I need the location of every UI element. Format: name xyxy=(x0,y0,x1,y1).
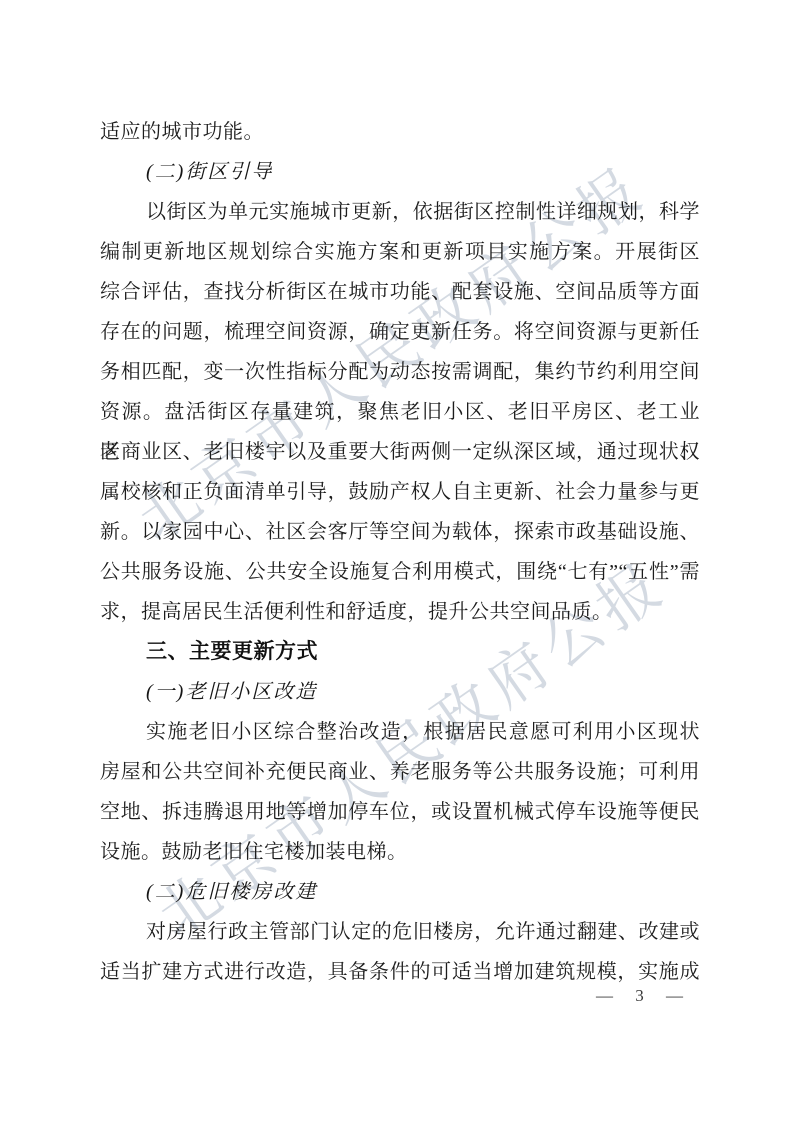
text-line: 务相匹配，变一次性指标分配为动态按需调配，集约节约利用空间 xyxy=(100,352,700,392)
sub-heading: (一)老旧小区改造 xyxy=(100,672,700,712)
text-line: 存在的问题，梳理空间资源，确定更新任务。将空间资源与更新任 xyxy=(100,312,700,352)
document-page: 北京市人民政府公报 北京市人民政府公报 适应的城市功能。 (二)街区引导 以街区… xyxy=(0,0,800,1133)
sub-heading: (二)街区引导 xyxy=(100,152,700,192)
text-line: 公共服务设施、公共安全设施复合利用模式，围绕“七有”“五性”需 xyxy=(100,552,700,592)
text-line: 编制更新地区规划综合实施方案和更新项目实施方案。开展街区 xyxy=(100,232,700,272)
text-block: 适应的城市功能。 (二)街区引导 以街区为单元实施城市更新，依据街区控制性详细规… xyxy=(100,112,700,992)
text-line: 新。以家园中心、社区会客厅等空间为载体，探索市政基础设施、 xyxy=(100,512,700,552)
text-line: 实施老旧小区综合整治改造，根据居民意愿可利用小区现状 xyxy=(100,712,700,752)
text-line: 属校核和正负面清单引导，鼓励产权人自主更新、社会力量参与更 xyxy=(100,472,700,512)
text-line: 求，提高居民生活便利性和舒适度，提升公共空间品质。 xyxy=(100,592,700,632)
text-line: 空地、拆违腾退用地等增加停车位，或设置机械式停车设施等便民 xyxy=(100,792,700,832)
section-heading: 三、主要更新方式 xyxy=(100,632,700,672)
text-line: 资源。盘活街区存量建筑，聚焦老旧小区、老旧平房区、老工业区、 xyxy=(100,392,700,432)
page-number: — 3 — xyxy=(596,984,688,1008)
text-line: 设施。鼓励老旧住宅楼加装电梯。 xyxy=(100,832,700,872)
text-line: 老商业区、老旧楼宇以及重要大街两侧一定纵深区域，通过现状权 xyxy=(100,432,700,472)
sub-heading: (二)危旧楼房改建 xyxy=(100,872,700,912)
text-line: 适应的城市功能。 xyxy=(100,112,700,152)
text-line: 以街区为单元实施城市更新，依据街区控制性详细规划，科学 xyxy=(100,192,700,232)
text-line: 对房屋行政主管部门认定的危旧楼房，允许通过翻建、改建或 xyxy=(100,912,700,952)
text-line: 综合评估，查找分析街区在城市功能、配套设施、空间品质等方面 xyxy=(100,272,700,312)
text-line: 房屋和公共空间补充便民商业、养老服务等公共服务设施；可利用 xyxy=(100,752,700,792)
